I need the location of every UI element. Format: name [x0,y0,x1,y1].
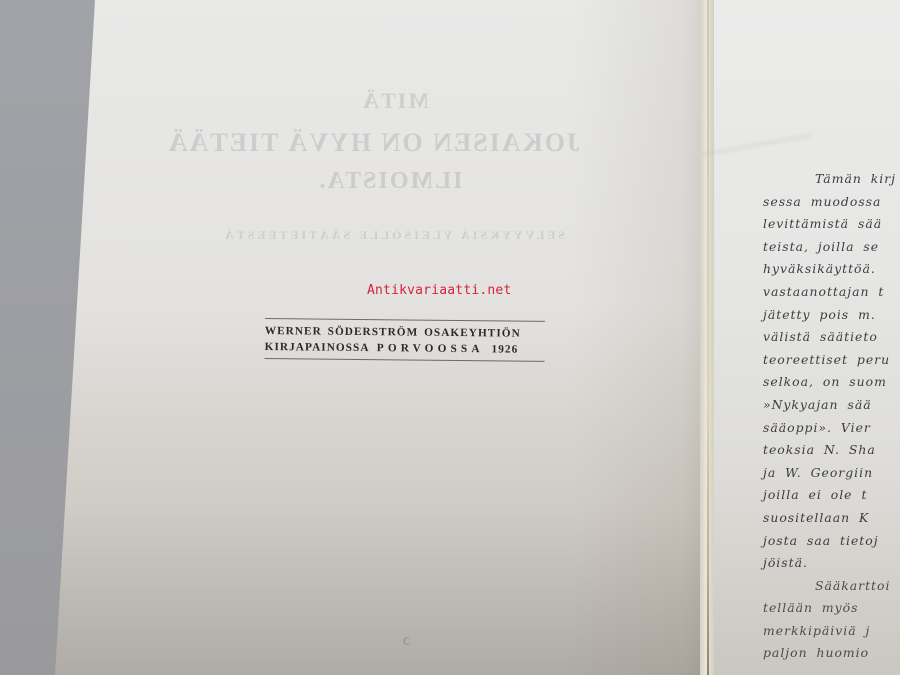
text-line: merkkipäiviä j [763,620,896,643]
text-line: selkoa, on suom [763,371,896,394]
faint-bleed-mark: ↄ [388,632,410,650]
right-page-text: Tämän kirj sessa muodossa levittämistä s… [763,168,896,665]
text-line: vastaanottajan t [763,281,896,304]
bleed-through-title-line3: ILMOISTA. [300,168,480,195]
text-line: ja W. Georgiin [763,462,896,485]
text-line: teista, joilla se [763,236,896,259]
text-line: teoksia N. Sha [763,439,896,462]
text-line: jätetty pois m. [763,304,896,327]
text-line: sääoppi». Vier [763,417,896,440]
bleed-through-title-line2: JOKAISEN ON HYVÄ TIETÄÄ [180,128,580,158]
imprint-year: 1926 [491,343,518,355]
spine-fold [707,0,709,675]
text-line: jöistä. [763,552,896,575]
text-line: josta saa tietoj [763,530,896,553]
text-line: »Nykyajan sää [763,394,896,417]
text-line: välistä säätieto [763,326,896,349]
text-line: tellään myös [763,597,896,620]
bleed-through-title-line1: MITÄ [355,88,435,114]
printer-imprint: WERNER SÖDERSTRÖM OSAKEYHTIÖN KIRJAPAINO… [265,318,547,362]
text-line: joilla ei ole t [763,484,896,507]
text-line: Tämän kirj [763,168,896,191]
imprint-line-2: KIRJAPAINOSSA PORVOOSSA 1926 [265,339,547,358]
text-line: Sääkarttoi [763,575,896,598]
imprint-line-2-b: PORVOOSSA [377,342,484,355]
text-line: sessa muodossa [763,191,896,214]
imprint-line-2-a: KIRJAPAINOSSA [265,341,369,354]
watermark: Antikvariaatti.net [367,283,511,298]
text-line: levittämistä sää [763,213,896,236]
text-line: suositellaan K [763,507,896,530]
paper-crease [702,130,812,160]
bleed-through-subtitle: SELVYYKSIÄ YLEISÖLLE SÄÄTIETEESTÄ [225,228,565,243]
text-line: paljon huomio [763,642,896,665]
text-line: teoreettiset peru [763,349,896,372]
text-line: hyväksikäyttöä. [763,258,896,281]
